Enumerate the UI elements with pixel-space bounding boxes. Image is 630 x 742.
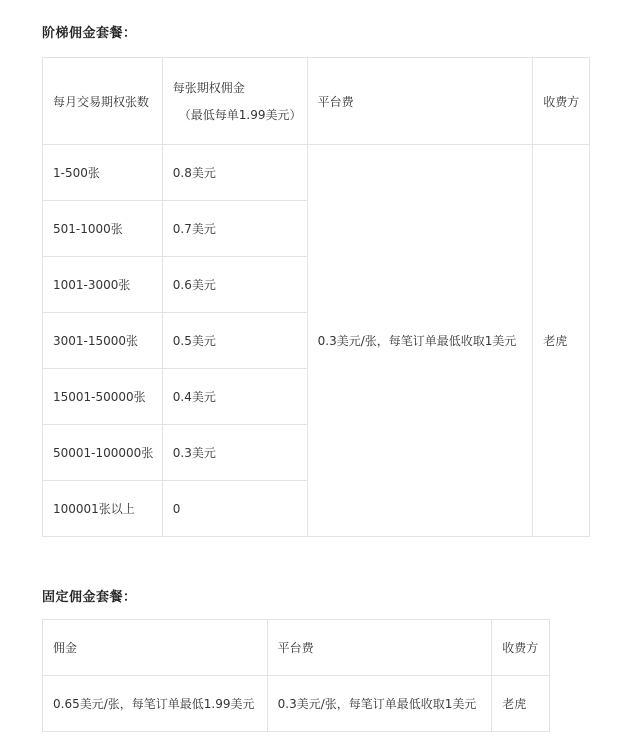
table-header-row: 佣金 平台费 收费方 (43, 620, 550, 676)
header-platform-fee: 平台费 (267, 620, 492, 676)
table-header-row: 每月交易期权张数 每张期权佣金 （最低每单1.99美元） 平台费 收费方 (43, 58, 590, 145)
commission-cell: 0.65美元/张，每笔订单最低1.99美元 (43, 676, 268, 732)
commission-cell: 0.5美元 (162, 313, 307, 369)
header-commission: 佣金 (43, 620, 268, 676)
table-row: 1-500张 0.8美元 0.3美元/张，每笔订单最低收取1美元 老虎 (43, 145, 590, 201)
platform-fee-cell: 0.3美元/张，每笔订单最低收取1美元 (267, 676, 492, 732)
fixed-plan-title: 固定佣金套餐： (42, 586, 137, 605)
header-collector: 收费方 (533, 58, 590, 145)
header-platform-fee: 平台费 (307, 58, 533, 145)
collector-cell: 老虎 (492, 676, 550, 732)
contracts-cell: 15001-50000张 (43, 369, 163, 425)
header-commission-label: 每张期权佣金 (173, 81, 245, 95)
header-contracts: 每月交易期权张数 (43, 58, 163, 145)
collector-cell: 老虎 (533, 145, 590, 537)
contracts-cell: 1001-3000张 (43, 257, 163, 313)
header-collector: 收费方 (492, 620, 550, 676)
tiered-commission-table: 每月交易期权张数 每张期权佣金 （最低每单1.99美元） 平台费 收费方 1-5… (42, 57, 590, 537)
contracts-cell: 50001-100000张 (43, 425, 163, 481)
commission-cell: 0.3美元 (162, 425, 307, 481)
commission-cell: 0.8美元 (162, 145, 307, 201)
table-row: 0.65美元/张，每笔订单最低1.99美元 0.3美元/张，每笔订单最低收取1美… (43, 676, 550, 732)
fixed-commission-table: 佣金 平台费 收费方 0.65美元/张，每笔订单最低1.99美元 0.3美元/张… (42, 619, 550, 732)
header-commission-note: （最低每单1.99美元） (173, 106, 307, 123)
contracts-cell: 1-500张 (43, 145, 163, 201)
header-commission: 每张期权佣金 （最低每单1.99美元） (162, 58, 307, 145)
contracts-cell: 501-1000张 (43, 201, 163, 257)
platform-fee-cell: 0.3美元/张，每笔订单最低收取1美元 (307, 145, 533, 537)
commission-cell: 0.7美元 (162, 201, 307, 257)
contracts-cell: 3001-15000张 (43, 313, 163, 369)
commission-cell: 0 (162, 481, 307, 537)
commission-cell: 0.4美元 (162, 369, 307, 425)
contracts-cell: 100001张以上 (43, 481, 163, 537)
tiered-plan-title: 阶梯佣金套餐： (42, 22, 137, 41)
commission-cell: 0.6美元 (162, 257, 307, 313)
